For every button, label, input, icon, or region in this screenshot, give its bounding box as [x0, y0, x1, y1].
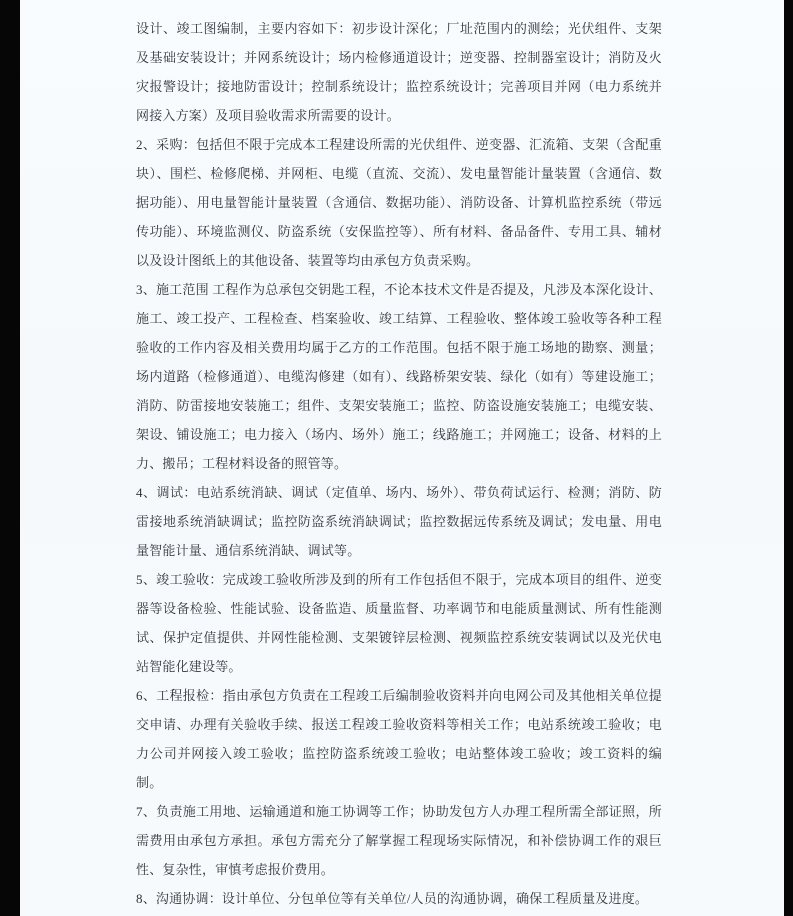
scan-edge-left	[0, 0, 20, 916]
paragraph-5-completion-acceptance: 5、竣工验收：完成竣工验收所涉及到的所有工作包括但不限于，完成本项目的组件、逆变…	[136, 565, 662, 681]
paragraph-6-inspection-filing: 6、工程报检：指由承包方负责在工程竣工后编制验收资料并向电网公司及其他相关单位提…	[136, 681, 662, 797]
paragraph-design-scope: 设计、竣工图编制，主要内容如下：初步设计深化；厂址范围内的测绘；光伏组件、支架及…	[136, 14, 662, 130]
paragraph-3-construction-scope: 3、施工范围 工程作为总承包交钥匙工程，不论本技术文件是否提及，凡涉及本深化设计…	[136, 275, 662, 478]
paragraph-7-site-coordination: 7、负责施工用地、运输通道和施工协调等工作；协助发包方人办理工程所需全部证照，所…	[136, 797, 662, 884]
paragraph-8-communication: 8、沟通协调：设计单位、分包单位等有关单位/人员的沟通协调，确保工程质量及进度。	[136, 884, 662, 913]
scan-edge-right	[784, 0, 793, 916]
paragraph-4-commissioning: 4、调试：电站系统消缺、调试（定值单、场内、场外）、带负荷试运行、检测；消防、防…	[136, 478, 662, 565]
document-page: 设计、竣工图编制，主要内容如下：初步设计深化；厂址范围内的测绘；光伏组件、支架及…	[20, 0, 784, 916]
paragraph-2-procurement: 2、采购：包括但不限于完成本工程建设所需的光伏组件、逆变器、汇流箱、支架（含配重…	[136, 130, 662, 275]
document-text-block: 设计、竣工图编制，主要内容如下：初步设计深化；厂址范围内的测绘；光伏组件、支架及…	[136, 14, 662, 913]
